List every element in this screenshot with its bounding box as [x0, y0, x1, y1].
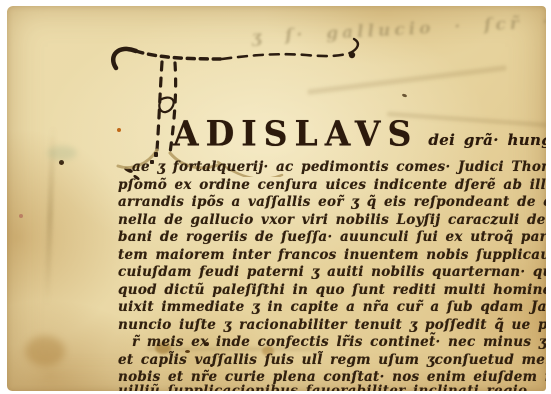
text-line: ae ʒ fortalquerij· ac pedimontis comes· … — [132, 159, 546, 177]
text-line: nella de gallucio vxor viri nobilis Loyſ… — [118, 212, 546, 230]
text-line: bani de rogeriis de ſueſſa· auunculi ſui… — [118, 229, 546, 247]
heading-capitals: ADISLAVS — [173, 113, 418, 154]
ink-speck — [402, 93, 408, 98]
clipped-last-text-line: uilliũ ſupplicacionibus fauorabiliter in… — [118, 383, 527, 391]
text-line: cuiuſdam feudi paterni ʒ auiti nobilis q… — [118, 264, 546, 282]
heading-script: dei grã· hungaũe Ierliŋ ĩ· — [428, 131, 546, 149]
text-line: et capl̃is vaſſallis ſuis ull̃ regm uſum… — [118, 352, 546, 370]
text-line: arrandis ipõs a vaſſallis eor̃ ʒ q̃ eis … — [118, 194, 546, 212]
text-line: r̃ meis ex inde confectis lr̃is continet… — [132, 334, 546, 352]
rust-speck — [19, 214, 23, 218]
text-line: quod dictũ paleſiſthi in quo ſunt rediti… — [118, 282, 546, 300]
text-block: ae ʒ fortalquerij· ac pedimontis comes· … — [118, 159, 546, 387]
text-line: nuncio iuſte ʒ racionabiliter tenuit ʒ p… — [118, 317, 546, 335]
stain-blotch — [25, 336, 65, 366]
photo-frame: ʒ ſ· gallucio · ſcr̃ · p̃ — [0, 0, 551, 394]
text-line: pſomõ ex ordine cenſura uices indicente … — [118, 177, 546, 195]
ink-speck — [59, 160, 64, 165]
text-line: uixit immediate ʒ in capite a nr̃a cur̃ … — [118, 299, 546, 317]
text-line: tem maiorem inter francos inuentem nobis… — [118, 247, 546, 265]
stain-blotch — [47, 146, 77, 160]
parchment: ʒ ſ· gallucio · ſcr̃ · p̃ — [7, 6, 546, 391]
